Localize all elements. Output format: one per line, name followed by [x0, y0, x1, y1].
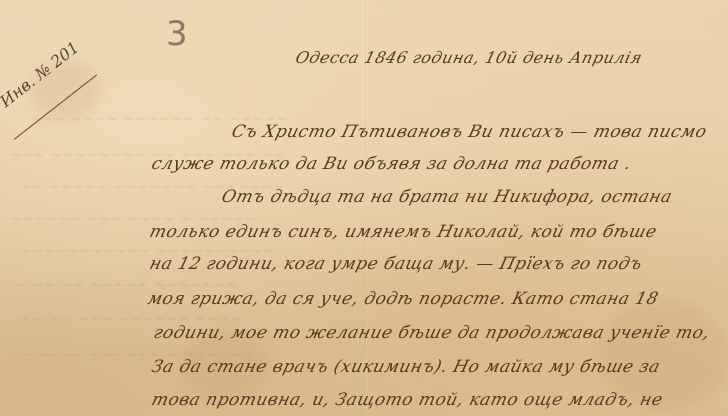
- letter-line: години, мое то желание бѣше да продолжав…: [152, 323, 712, 343]
- letter-line: служе только да Ви объявя за долна та ра…: [150, 154, 634, 174]
- page-number: 3: [166, 14, 188, 54]
- document-page: ~~~ ~~~~ ~~~~~~ ~~ ~~~~~ ~~~ ~~~~~~~~ ~~…: [0, 0, 728, 416]
- letter-line: только единъ синъ, имянемъ Николай, кой …: [148, 222, 660, 242]
- letter-line: моя грижа, да ся уче, додѣ порасте. Като…: [146, 289, 661, 309]
- letter-place-date: Одесса 1846 година, 10й день Априлія: [294, 48, 645, 67]
- letter-line: За да стане врачъ (хикиминъ). Но майка м…: [150, 357, 663, 377]
- letter-line: на 12 години, кога умре баща му. — Прїех…: [148, 254, 645, 274]
- letter-line: Съ Христо Пътивановъ Ви писахъ — това пи…: [230, 122, 709, 142]
- letter-line: това противна, и, Защото той, като още м…: [150, 390, 666, 410]
- letter-line: Отъ дѣдца та на брата ни Никифора, остан…: [220, 187, 675, 207]
